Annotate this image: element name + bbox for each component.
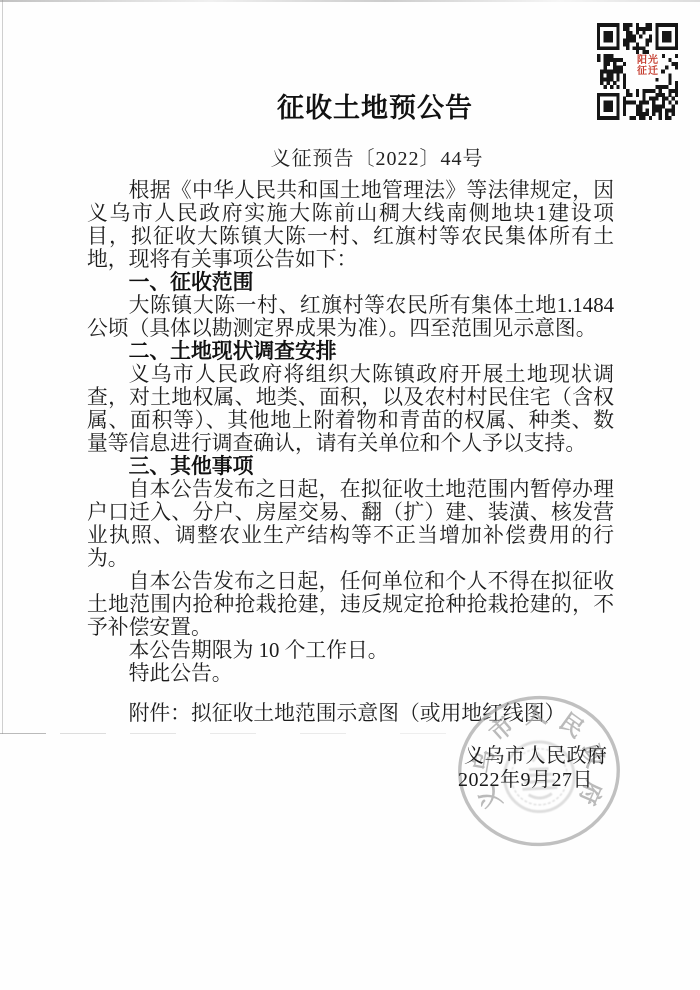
announcement-body: 根据《中华人民共和国土地管理法》等法律规定，因义乌市人民政府实施大陈前山稠大线南… bbox=[87, 179, 614, 725]
heading-survey: 二、土地现状调查安排 bbox=[87, 340, 614, 363]
paragraph-duration: 本公告期限为 10 个工作日。 bbox=[87, 639, 614, 662]
svg-text:人: 人 bbox=[524, 702, 549, 729]
qr-label-line2: 征迁 bbox=[637, 66, 659, 77]
paragraph-closing: 特此公告。 bbox=[87, 662, 614, 685]
qr-label-line1: 阳光 bbox=[637, 55, 659, 66]
document-number: 义征预告〔2022〕44号 bbox=[0, 142, 700, 171]
paragraph-suspension: 自本公告发布之日起，在拟征收土地范围内暂停办理户口迁入、分户、房屋交易、翻（扩）… bbox=[87, 478, 614, 570]
scan-artifact-top-edge bbox=[0, 0, 700, 2]
paragraph-intro: 根据《中华人民共和国土地管理法》等法律规定，因义乌市人民政府实施大陈前山稠大线南… bbox=[87, 179, 614, 271]
qr-center-label: 阳光 征迁 bbox=[635, 54, 661, 78]
heading-scope: 一、征收范围 bbox=[87, 271, 614, 294]
signature-date: 2022年9月27日 bbox=[458, 763, 593, 792]
paragraph-no-rush-build: 自本公告发布之日起，任何单位和个人不得在拟征收土地范围内抢种抢栽抢建，违反规定抢… bbox=[87, 570, 614, 639]
scanned-document-page: 阳光 征迁 征收土地预公告 义征预告〔2022〕44号 根据《中华人民共和国土地… bbox=[0, 0, 700, 990]
scan-artifact-fold-line bbox=[0, 733, 46, 734]
page-title: 征收土地预公告 bbox=[0, 86, 700, 125]
paragraph-scope: 大陈镇大陈一村、红旗村等农民所有集体土地1.1484公顷（具体以勘测定界成果为准… bbox=[87, 294, 614, 340]
paragraph-survey: 义乌市人民政府将组织大陈镇政府开展土地现状调查，对土地权属、地类、面积，以及农村… bbox=[87, 363, 614, 455]
heading-other: 三、其他事项 bbox=[87, 455, 614, 478]
